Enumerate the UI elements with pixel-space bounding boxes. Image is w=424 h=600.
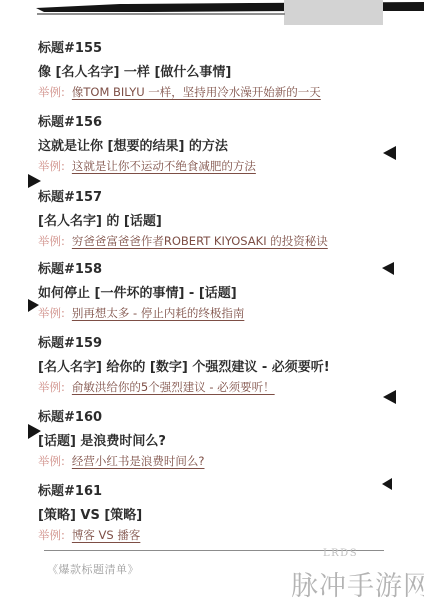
- section-template: 这就是让你 [想要的结果] 的方法: [38, 135, 228, 154]
- example-text: 别再想太多 - 停止内耗的终极指南: [72, 306, 244, 320]
- example-label: 举例:: [38, 234, 65, 248]
- example-row: 举例:像TOM BILYU 一样，坚持用冷水澡开始新的一天: [38, 84, 321, 100]
- example-row: 举例:俞敏洪给你的5个强烈建议 - 必须要听！: [38, 379, 275, 395]
- title-template-section: 标题#157 [名人名字] 的 [话题] 举例:穷爸爸富爸爸作者ROBERT K…: [38, 191, 388, 205]
- example-row: 举例:穷爸爸富爸爸作者ROBERT KIYOSAKI 的投资秘诀: [38, 233, 328, 249]
- section-template: 像 [名人名字] 一样 [做什么事情]: [38, 61, 231, 80]
- section-template: [名人名字] 的 [话题]: [38, 210, 162, 229]
- example-label: 举例:: [38, 380, 65, 394]
- title-template-section: 标题#158 如何停止 [一件坏的事情] - [话题] 举例:别再想太多 - 停…: [38, 263, 388, 277]
- example-label: 举例:: [38, 306, 65, 320]
- example-label: 举例:: [38, 528, 65, 542]
- example-text: 博客 VS 播客: [72, 528, 140, 542]
- lrds-logo: LRDS: [323, 548, 358, 559]
- section-number: 标题#157: [38, 191, 388, 205]
- title-template-section: 标题#156 这就是让你 [想要的结果] 的方法 举例:这就是让你不运动不绝食减…: [38, 116, 388, 130]
- example-text: 像TOM BILYU 一样，坚持用冷水澡开始新的一天: [72, 85, 321, 99]
- title-template-section: 标题#155 像 [名人名字] 一样 [做什么事情] 举例:像TOM BILYU…: [38, 42, 388, 56]
- tape-patch: [284, 0, 383, 25]
- site-watermark: 脉冲手游网: [291, 564, 424, 600]
- section-number: 标题#155: [38, 42, 388, 56]
- section-number: 标题#158: [38, 263, 388, 277]
- title-template-section: 标题#161 [策略] VS [策略] 举例:博客 VS 播客: [38, 485, 388, 499]
- footer-book-title: 《爆款标题清单》: [47, 561, 139, 577]
- example-label: 举例:: [38, 454, 65, 468]
- section-template: 如何停止 [一件坏的事情] - [话题]: [38, 282, 237, 301]
- section-number: 标题#161: [38, 485, 388, 499]
- example-row: 举例:经营小红书是浪费时间么?: [38, 453, 204, 469]
- example-row: 举例:这就是让你不运动不绝食减肥的方法: [38, 158, 256, 174]
- section-template: [名人名字] 给你的 [数字] 个强烈建议 - 必须要听!: [38, 356, 330, 375]
- document-page: 标题#155 像 [名人名字] 一样 [做什么事情] 举例:像TOM BILYU…: [0, 0, 424, 600]
- example-text: 穷爸爸富爸爸作者ROBERT KIYOSAKI 的投资秘诀: [72, 234, 328, 248]
- example-label: 举例:: [38, 85, 65, 99]
- title-template-section: 标题#159 [名人名字] 给你的 [数字] 个强烈建议 - 必须要听! 举例:…: [38, 337, 388, 351]
- section-number: 标题#160: [38, 411, 388, 425]
- section-template: [话题] 是浪费时间么?: [38, 430, 166, 449]
- example-text: 经营小红书是浪费时间么?: [72, 454, 205, 468]
- example-row: 举例:别再想太多 - 停止内耗的终极指南: [38, 305, 244, 321]
- example-text: 俞敏洪给你的5个强烈建议 - 必须要听！: [72, 380, 275, 394]
- title-template-section: 标题#160 [话题] 是浪费时间么? 举例:经营小红书是浪费时间么?: [38, 411, 388, 425]
- section-number: 标题#159: [38, 337, 388, 351]
- example-row: 举例:博客 VS 播客: [38, 527, 140, 543]
- example-text: 这就是让你不运动不绝食减肥的方法: [72, 159, 256, 173]
- top-divider-line: [37, 13, 285, 15]
- section-number: 标题#156: [38, 116, 388, 130]
- section-template: [策略] VS [策略]: [38, 504, 142, 523]
- example-label: 举例:: [38, 159, 65, 173]
